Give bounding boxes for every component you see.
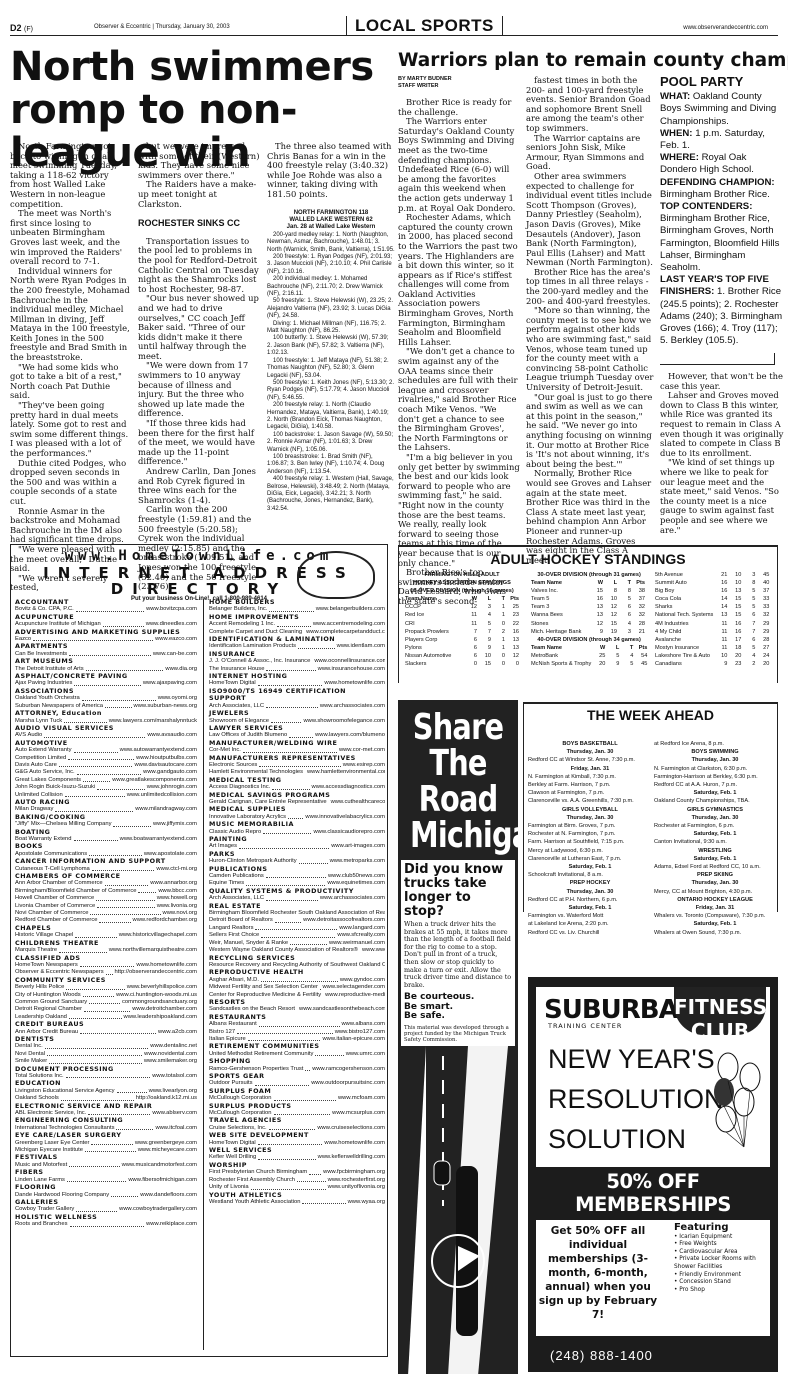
directory-entry[interactable]: Birmingham Bloomfield Rochester South Oa…	[209, 910, 385, 917]
business-url[interactable]: http://observerandeccentric.com	[115, 969, 197, 976]
directory-category: COMMUNITY SERVICES	[15, 977, 197, 984]
paragraph: Lahser and Groves moved down to Class B …	[660, 391, 785, 458]
stat-cell: 29	[757, 620, 771, 628]
business-url[interactable]: www.ablserv.com	[152, 1110, 197, 1117]
business-url[interactable]: www.gyndoc.com	[340, 977, 385, 984]
directory-entry[interactable]: Livingston Educational Service Agencywww…	[15, 1088, 197, 1095]
business-url[interactable]: www.leadershipoakland.com	[124, 1014, 197, 1021]
business-name: Davis Auto Care	[15, 762, 57, 769]
stat-cell: 11	[715, 644, 729, 652]
column-header: L	[479, 595, 493, 603]
dot-leader	[274, 1095, 336, 1100]
item-label: WHEN:	[660, 128, 693, 139]
directory-category: MANUFACTURERS REPRESENTATIVES	[209, 755, 385, 762]
business-url[interactable]: www.classicaudiorepro.com	[313, 829, 385, 836]
business-name: Competition Limited	[15, 755, 66, 762]
business-url[interactable]: www.historicvillagechapel.com	[119, 932, 197, 939]
table-header: Team NameWLTPts	[403, 595, 521, 603]
directory-entry[interactable]: Howell Chamber of Commercewww.howell.org	[15, 895, 197, 902]
stat-cell: 15	[591, 587, 605, 595]
business-url[interactable]: www.outdoorpursuitsinc.com	[311, 1080, 385, 1087]
table-row: CCCP123125	[403, 603, 521, 611]
business-url[interactable]: www.ctcl-mi.org	[156, 866, 197, 873]
directory-category: RESORTS	[209, 999, 385, 1006]
balloons-icon	[710, 1047, 764, 1157]
business-url[interactable]: www.cuthealthcarecosts.com	[331, 799, 385, 806]
team-name: Valves Inc.	[529, 587, 591, 595]
directory-entry[interactable]: Beverly Hills Policewww.beverlyhillspoli…	[15, 984, 197, 991]
business-name: Roots and Branches	[15, 1221, 68, 1228]
table-row: Canadians923220	[653, 660, 771, 668]
business-url[interactable]: www.lawyers.com/marshalynntuck	[109, 718, 197, 725]
business-url[interactable]: www.ramcogershenson.com	[312, 1066, 385, 1073]
directory-entry[interactable]: Bistro 127www.bistro127.com	[209, 1029, 385, 1036]
business-url[interactable]: www.novidental.com	[144, 1051, 197, 1058]
dot-leader	[320, 984, 321, 989]
business-url[interactable]: www.livearlyon.org	[149, 1088, 197, 1095]
directory-entry[interactable]: Asghar Afsari, M.D.www.gyndoc.com	[209, 977, 385, 984]
business-name: Birmingham/Bloomfield Chamber of Commerc…	[15, 888, 136, 895]
schedule-heading: BOYS BASKETBALL	[528, 740, 652, 748]
schedule-item: Whalers at Owen Sound, 7:30 p.m.	[654, 929, 776, 937]
team-name: Stones	[529, 620, 591, 628]
stat-cell: 8	[619, 587, 633, 595]
business-url[interactable]: www.annarbor.org	[150, 880, 197, 887]
business-url[interactable]: www.dentalinc.net	[150, 1043, 197, 1050]
table-30-over: 30-OVER DIVISION (through 31 games) Team…	[529, 571, 649, 668]
business-url[interactable]: www.selectagender.com	[322, 984, 385, 991]
business-url[interactable]: www.boatwarrantyextend.com	[120, 836, 197, 843]
business-url[interactable]: www.reproductive-medicine.com	[325, 992, 385, 999]
business-name: City of Huntington Woods	[15, 992, 81, 999]
business-url[interactable]: www.howell.org	[157, 895, 197, 902]
business-url[interactable]: commongroundsanctuary.org	[122, 999, 197, 1006]
dot-leader	[288, 814, 303, 819]
schedule-item: at Lakeland Ice Arena, 2:20 p.m.	[528, 920, 652, 928]
business-url[interactable]: www.a2cb.com	[158, 1029, 197, 1036]
stat-cell: 12	[605, 603, 619, 611]
article1-column-3: The three also teamed with Chris Banas f…	[267, 142, 395, 513]
business-url[interactable]: www.mcsurplus.com	[332, 1110, 385, 1117]
item-label: WHERE:	[660, 152, 699, 163]
business-url[interactable]: www.accentremodeling.com	[313, 621, 385, 628]
stat-cell: 4	[619, 620, 633, 628]
directory-category: ELECTRONIC SERVICE AND REPAIR	[15, 1103, 197, 1110]
business-url[interactable]: www.keflerwelldrilling.com	[318, 1154, 385, 1161]
business-url[interactable]: www.greenbergeye.com	[135, 1140, 197, 1147]
table-row: 4 My Child1116729	[653, 628, 771, 636]
business-url[interactable]: www.sfcrealty.com	[337, 932, 385, 939]
directory-entry[interactable]: G&G Auto Service, Inc.www.gandgauto.com	[15, 769, 197, 776]
dot-leader	[106, 969, 113, 974]
ad-headline: Share The Road Michigan	[410, 700, 506, 854]
directory-entry[interactable]: Dental Inc.www.dentalinc.net	[15, 1043, 197, 1050]
table-row: Big Boy1613537	[653, 587, 771, 595]
business-url[interactable]: www.sandcastlesonthebeach.com	[299, 1006, 385, 1013]
directory-category: AUDIO VISUAL SERVICES	[15, 725, 197, 732]
dot-leader	[44, 732, 145, 737]
business-url[interactable]: www.hioutputbulbs.com	[136, 755, 197, 762]
team-name: CRI	[403, 620, 465, 628]
team-name: Mostyn Insurance	[653, 644, 715, 652]
dot-leader	[91, 1140, 132, 1145]
paragraph: "More so than winning, the county meet i…	[526, 306, 654, 392]
directory-entry[interactable]: Weir, Manuel, Snyder & Rankewww.weirmanu…	[209, 940, 385, 947]
dot-leader	[305, 1066, 310, 1071]
business-url[interactable]: www.smilemaker.org	[144, 1058, 197, 1065]
business-url[interactable]: www.jiffymix.com	[153, 821, 197, 828]
directory-entry[interactable]: Oakland Youth Orchestrawww.oyomi.org	[15, 695, 197, 702]
paragraph: "We don't get a chance to swim against a…	[398, 347, 520, 453]
stat-cell: 7	[479, 628, 493, 636]
stat-cell: 17	[729, 636, 743, 644]
stat-cell: 6	[619, 611, 633, 619]
business-url[interactable]: www.showroomofelegance.com	[303, 718, 385, 725]
directory-category: MEDICAL TESTING	[209, 777, 385, 784]
directory-entry[interactable]: Novi Chamber of Commercewww.novi.org	[15, 910, 197, 917]
stat-cell: 11	[715, 636, 729, 644]
directory-entry[interactable]: Greenberg Laser Eye Centerwww.greenberge…	[15, 1140, 197, 1147]
stat-cell: 12	[605, 611, 619, 619]
feature-item: • Cardiovascular Area	[674, 1249, 770, 1257]
team-name: CCCP	[403, 603, 465, 611]
team-name: Sharks	[653, 603, 715, 611]
schedule-item: Farmington vs. Waterford Mott	[528, 912, 652, 920]
stat-cell: 0	[465, 660, 479, 668]
business-name: Dental Inc.	[15, 1043, 43, 1050]
business-url[interactable]: www.beverlyhillspolice.com	[127, 984, 197, 991]
directory-entry[interactable]: Westland Youth Athletic Associationwww.w…	[209, 1199, 385, 1206]
business-name: Great Lakes Components	[15, 777, 81, 784]
pool-party-item: LAST YEAR'S TOP FIVE FINISHERS: 1. Broth…	[660, 274, 785, 347]
schedule-heading: PREP SKIING	[654, 871, 776, 879]
schedule-item: Mercy, CC at Mount Brighton, 4:30 p.m.	[654, 888, 776, 896]
business-url[interactable]: www.metroparks.com	[330, 858, 385, 865]
dot-leader	[266, 666, 315, 671]
business-url[interactable]: www.insurancehouse.com	[318, 666, 385, 673]
business-url[interactable]: www.gandgauto.com	[143, 769, 197, 776]
business-name: Midwest Fertility and Sex Selection Cent…	[209, 984, 318, 991]
stat-cell: 16	[507, 628, 521, 636]
dot-leader	[105, 880, 149, 885]
business-url[interactable]: www.bovitzcpa.com	[146, 606, 197, 613]
business-url[interactable]: www.bistro127.com	[335, 1029, 385, 1036]
dot-leader	[103, 621, 144, 626]
ad-slogans: Be courteous.Be smart.Be safe.	[404, 993, 512, 1022]
directory-entry[interactable]: Birmingham/Bloomfield Chamber of Commerc…	[15, 888, 197, 895]
table-40-over-cont: 5th Avenue2110345Summit Auto1610840Big B…	[653, 571, 771, 668]
directory-category: REAL ESTATE	[209, 903, 385, 910]
dot-leader	[309, 1169, 321, 1174]
directory-entry[interactable]: Detroit Regional Chamberwww.detroitchamb…	[15, 1006, 197, 1013]
business-url[interactable]: www.belangerbuilders.com	[316, 606, 385, 613]
directory-category: GALLERIES	[15, 1199, 197, 1206]
business-url[interactable]: www.eazco.com	[155, 636, 197, 643]
team-name: Team 3	[529, 603, 591, 611]
paragraph: 100 freestyle: 1. Jeff Mataya (NF), 51.3…	[267, 358, 395, 380]
directory-entry[interactable]: First Presbyterian Church Birminghamwww.…	[209, 1169, 385, 1176]
directory-entry[interactable]: Sellers First Choicewww.sfcrealty.com	[209, 932, 385, 939]
business-url[interactable]: www.archassociates.com	[320, 895, 385, 902]
business-url[interactable]: www.totalsol.com	[152, 1073, 197, 1080]
directory-entry[interactable]: Midwest Fertility and Sex Selection Cent…	[209, 984, 385, 991]
business-url[interactable]: www.livonia.org	[157, 903, 197, 910]
stat-cell: 10	[729, 571, 743, 579]
week-ahead-right: at Redford Ice Arena, 8 p.m.BOYS SWIMMIN…	[654, 740, 776, 937]
business-url[interactable]: www.musicandmotorfest.com	[122, 1162, 197, 1169]
business-url[interactable]: www.identlam.com	[337, 643, 385, 650]
schedule-item: Mercy at Ladywood, 6:30 p.m.	[528, 847, 652, 855]
dot-leader	[302, 1199, 345, 1204]
schedule-item: Farmington-Harrison at Berkley, 6:30 p.m…	[654, 773, 776, 781]
stat-cell: 25	[593, 652, 607, 660]
directory-category: FLOORING	[15, 1184, 197, 1191]
paragraph: Diving: 1. Michael Millman (NF), 116.75;…	[267, 321, 395, 336]
dot-leader	[88, 1110, 150, 1115]
directory-entry[interactable]: Art Imageswww.art-images.com	[209, 843, 385, 850]
article1-column-1: North Farmington got back to winning in …	[10, 142, 130, 593]
directory-entry[interactable]: Albans Restaurantwww.albans.com	[209, 1021, 385, 1028]
business-url[interactable]: www.mcfoam.com	[338, 1095, 385, 1102]
stat-cell: 40	[757, 579, 771, 587]
table-row: Summit Auto1610840	[653, 579, 771, 587]
business-url[interactable]: www.detroitchamber.com	[132, 1006, 197, 1013]
paragraph: 200 freestyle: 1. Ryan Podges (NF), 2:01…	[267, 254, 395, 276]
directory-right-column: HOME BUILDERSBelanger Builders, Inc.www.…	[209, 599, 385, 1206]
directory-category: MANUFACTURER/WELDING WIRE	[209, 740, 385, 747]
business-url[interactable]: www.italian-epicure.com	[322, 1036, 385, 1043]
business-url[interactable]: www.detroitassocofrealtors.com	[303, 917, 385, 924]
directory-entry[interactable]: City of Huntington Woodswww.ci.huntingto…	[15, 992, 197, 999]
stat-cell: 15	[729, 611, 743, 619]
business-url[interactable]: www.novi.org	[163, 910, 197, 917]
directory-entry[interactable]: Roots and Brancheswww.reikiplace.com	[15, 1221, 197, 1228]
business-name: Accent Remodeling 1 Inc.	[209, 621, 275, 628]
stat-cell: 16	[715, 587, 729, 595]
team-name: 4M Industries	[653, 620, 715, 628]
business-url[interactable]: www.davisautocare.com	[134, 762, 197, 769]
directory-entry[interactable]: Camden Publicationswww.club50news.com	[209, 873, 385, 880]
paragraph: 100 breaststroke: 1. Brad Smith (NF), 1:…	[267, 454, 395, 476]
stat-cell: 5	[479, 620, 493, 628]
directory-category: HOLISTIC WELLNESS	[15, 1214, 197, 1221]
week-ahead-title: THE WEEK AHEAD	[524, 707, 777, 723]
business-url[interactable]: www.archassociates.com	[320, 703, 385, 710]
stat-cell: 33	[757, 595, 771, 603]
article2-column-1: BY MARTY BUDNERSTAFF WRITER Brother Rice…	[398, 76, 520, 606]
schedule-item: Farmington at Birm. Groves, 7 p.m.	[528, 822, 652, 830]
ad-question: Did you know trucks take longer to stop?	[404, 863, 512, 919]
column-header: T	[493, 595, 507, 603]
dot-leader	[97, 784, 145, 789]
directory-entry[interactable]: Great Lakes Componentswww.greatlakescomp…	[15, 777, 197, 784]
business-url[interactable]: www.wwocar.com	[362, 947, 385, 954]
business-url[interactable]: www.weirmanuel.com	[329, 940, 385, 947]
business-url[interactable]: www.club50news.com	[328, 873, 385, 880]
business-url[interactable]: www.art-images.com	[331, 843, 385, 850]
directory-entry[interactable]: Accent Remodeling 1 Inc.www.accentremode…	[209, 621, 385, 628]
homes-logo-icon	[297, 551, 375, 599]
stat-cell: 9	[607, 660, 621, 668]
paragraph: 400 freestyle relay: 1. Western (Hall, S…	[267, 476, 395, 513]
directory-category: BOOKS	[15, 843, 197, 850]
business-url[interactable]: www.micheyecare.com	[138, 1147, 197, 1154]
paragraph: Transportation issues to the pool led to…	[138, 237, 260, 295]
business-url[interactable]: www.autowarrantyextend.com	[120, 747, 197, 754]
stat-cell: 21	[715, 571, 729, 579]
business-url[interactable]: www.rochesterfirst.org	[328, 1177, 385, 1184]
business-url[interactable]: www.cowboytradergallery.com	[119, 1206, 197, 1213]
business-url[interactable]: www.innovativelabacrylics.com	[305, 814, 385, 821]
table-row: Team 51610537	[529, 595, 647, 603]
directory-entry[interactable]: Common Ground Sanctuarycommongroundsanct…	[15, 999, 197, 1006]
pool-party-item: WHERE: Royal Oak Dondero High School.	[660, 152, 785, 176]
business-url[interactable]: www.oconnellinsurance.com	[314, 658, 385, 665]
paragraph: Other area swimmers expected to challeng…	[526, 172, 654, 268]
business-url[interactable]: www.esirep.com	[343, 762, 385, 769]
business-url[interactable]: www.ajaxpaving.com	[143, 680, 197, 687]
stat-cell: 13	[591, 603, 605, 611]
dot-leader	[97, 903, 154, 908]
schedule-heading: Saturday, Feb. 1	[654, 789, 776, 797]
stat-cell: 20	[593, 660, 607, 668]
schedule-item: N. Farmington at Kimball, 7:30 p.m.	[528, 773, 652, 781]
business-url[interactable]: www.johnrogin.com	[147, 784, 197, 791]
stat-cell: 13	[507, 644, 521, 652]
business-url[interactable]: www.unityoflivonia.org	[328, 1184, 385, 1191]
table-row: Wanna Bees1312632	[529, 611, 647, 619]
stat-cell: 32	[633, 603, 647, 611]
dot-leader	[237, 1029, 333, 1034]
table-row: Avalanche1117628	[653, 636, 771, 644]
business-url[interactable]: www.langard.com	[339, 925, 385, 932]
results-title: WALLED LAKE WESTERN 62	[267, 217, 395, 224]
stat-cell: 13	[507, 636, 521, 644]
paragraph: North Farmington got back to winning in …	[10, 142, 130, 209]
team-name: Players Corp	[403, 636, 465, 644]
dot-leader	[74, 680, 141, 685]
table-row: Lakeshore Tire & Auto1020424	[653, 652, 771, 660]
dot-leader	[47, 1051, 142, 1056]
article2-column-2: fastest times in both the 200- and 100-y…	[526, 76, 654, 565]
directory-entry[interactable]: Davis Auto Carewww.davisautocare.com	[15, 762, 197, 769]
business-url[interactable]: www.cruiseselections.com	[317, 1125, 385, 1132]
directory-entry[interactable]: Electronic Sourceswww.esirep.com	[209, 762, 385, 769]
column-header: Pts	[635, 644, 649, 652]
business-url[interactable]: www.avsaudio.com	[147, 732, 197, 739]
schedule-heading: Saturday, Feb. 1	[528, 863, 652, 871]
stat-cell: 25	[507, 603, 521, 611]
business-url[interactable]: www.bbcc.com	[158, 888, 197, 895]
divider	[203, 599, 204, 1350]
stat-cell: 16	[591, 595, 605, 603]
item-label: WHAT:	[660, 91, 690, 102]
site-url[interactable]: www.observerandeccentric.com	[683, 25, 768, 31]
directory-entry[interactable]: Auto Extend Warrantywww.autowarrantyexte…	[15, 747, 197, 754]
directory-category: EYE CARE/LASER SURGERY	[15, 1132, 197, 1139]
features-list: Featuring • Icarian Equipment• Free Weig…	[674, 1224, 770, 1294]
stat-cell: 18	[729, 644, 743, 652]
stat-cell: 13	[591, 611, 605, 619]
dot-leader	[66, 984, 124, 989]
team-name: Canadians	[653, 660, 715, 668]
business-url[interactable]: www.greatlakescomponents.com	[112, 777, 197, 784]
stat-cell: 2	[493, 628, 507, 636]
directory-entry[interactable]: Detroit Board of Realtorswww.detroitasso…	[209, 917, 385, 924]
stat-cell: 29	[757, 628, 771, 636]
dot-leader	[80, 1029, 156, 1034]
business-url[interactable]: www.hamlettenvironmental.com	[307, 769, 385, 776]
business-url[interactable]: www.oyomi.org	[158, 695, 197, 702]
stat-cell: 8	[743, 579, 757, 587]
feature-label: Cardiovascular Area	[679, 1249, 737, 1255]
business-url[interactable]: www.itcfoal.com	[155, 1125, 197, 1132]
dot-leader	[274, 1110, 331, 1115]
business-name: Sellers First Choice	[209, 932, 259, 939]
business-url[interactable]: www.hometownlife.com	[324, 1140, 385, 1147]
business-url[interactable]: www.milandragway.com	[135, 806, 197, 813]
business-url[interactable]: www.suburban-news.org	[134, 703, 197, 710]
directory-category: CREDIT BUREAUS	[15, 1021, 197, 1028]
business-url[interactable]: www.wyaa.org	[348, 1199, 385, 1206]
business-url[interactable]: www.ci.huntington-woods.mi.us	[116, 992, 197, 999]
directory-entry[interactable]: John Rogin Buick-Isuzu-Suzukiwww.johnrog…	[15, 784, 197, 791]
column-header: Team Name	[529, 644, 593, 652]
business-url[interactable]: www.fibersofmichigan.com	[128, 1177, 197, 1184]
directory-category: RESTAURANTS	[209, 1014, 385, 1021]
directory-entry[interactable]: Competition Limitedwww.hioutputbulbs.com	[15, 755, 197, 762]
stat-cell: 6	[743, 636, 757, 644]
directory-entry[interactable]: Langard Realtorswww.langard.com	[209, 925, 385, 932]
directory-entry[interactable]: Ann Arbor Chamber of Commercewww.annarbo…	[15, 880, 197, 887]
business-url[interactable]: www.can-be.com	[153, 651, 197, 658]
business-url[interactable]: www.dia.org	[165, 666, 197, 673]
business-url[interactable]: www.umrc.com	[346, 1051, 385, 1058]
business-url[interactable]: www.northvillemarquistheatre.com	[109, 947, 197, 954]
stat-cell: 5	[621, 660, 635, 668]
table-row: Propack Prowlers77216	[403, 628, 521, 636]
directory-entry[interactable]: Rochester First Assembly Churchwww.roche…	[209, 1177, 385, 1184]
schedule-item: Clawson at Farmington, 7 p.m.	[528, 789, 652, 797]
business-url[interactable]: www.redfordchamber.org	[133, 917, 197, 924]
team-name: Propack Prowlers	[403, 628, 465, 636]
schedule-heading: Thursday, Jan. 30	[528, 814, 652, 822]
schedule-heading: ONTARIO HOCKEY LEAGUE	[654, 896, 776, 904]
phone-number[interactable]: (248) 888-1400	[528, 1348, 778, 1363]
directory-entry[interactable]: Livonia Chamber of Commercewww.livonia.o…	[15, 903, 197, 910]
business-url[interactable]: www.dandefloors.com	[140, 1192, 197, 1199]
stat-cell: 5	[607, 652, 621, 660]
results-title: NORTH FARMINGTON 118	[267, 210, 395, 217]
dot-leader	[89, 851, 142, 856]
business-url[interactable]: www.unlimitedcollision.com	[127, 792, 197, 799]
directory-entry[interactable]: Novi Dentalwww.novidental.com	[15, 1051, 197, 1058]
business-url[interactable]: www.albans.com	[342, 1021, 386, 1028]
directory-entry[interactable]: J. J. O'Connell & Assoc., Inc. Insurance…	[209, 658, 385, 665]
business-url[interactable]: www.hometownlife.com	[136, 962, 197, 969]
business-url[interactable]: www.fpcbirmingham.org	[323, 1169, 385, 1176]
stat-cell: 24	[757, 652, 771, 660]
team-name: Big Boy	[653, 587, 715, 595]
table-row: Red Ice114123	[403, 611, 521, 619]
feature-item: • Icarian Equipment	[674, 1234, 770, 1242]
internet-directory: www.HomeTownLife.com INTERNET ADDRESS DI…	[10, 544, 388, 1357]
directory-entry[interactable]: HomeTown Newspaperswww.hometownlife.com	[15, 962, 197, 969]
business-url[interactable]: www.reikiplace.com	[146, 1221, 197, 1228]
paragraph: The meet was North's first since losing …	[10, 209, 130, 267]
dot-leader	[59, 762, 133, 767]
business-name: Camden Publications	[209, 873, 264, 880]
